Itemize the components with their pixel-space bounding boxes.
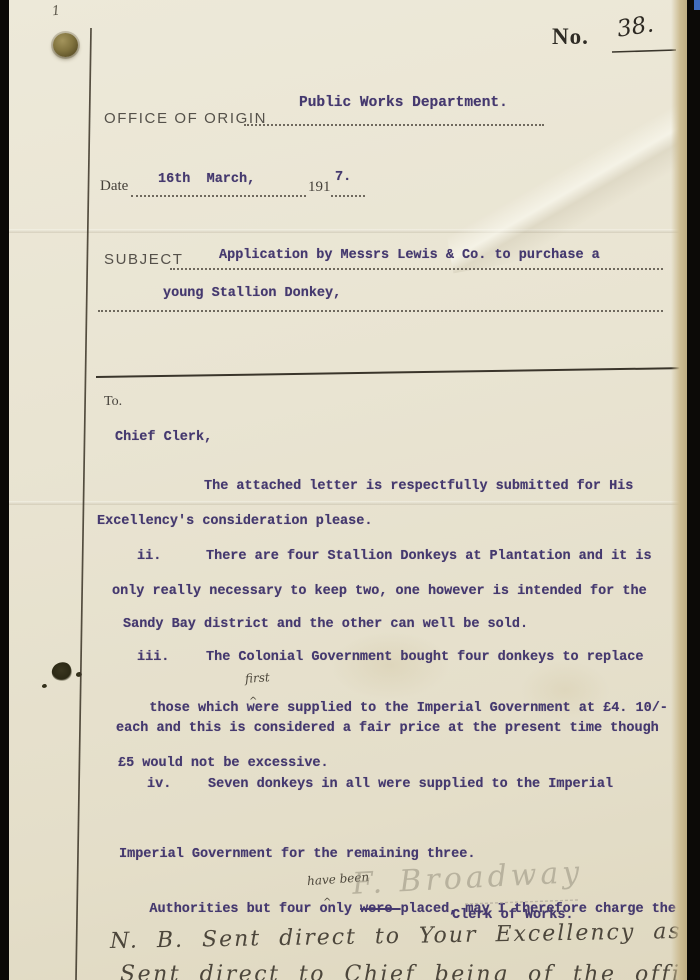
insertion-caret: ^ bbox=[249, 696, 257, 707]
form-no-label: No. bbox=[552, 24, 589, 50]
typed-segment: supplied to the Imperial Government at £… bbox=[287, 701, 668, 716]
to-label: To. bbox=[104, 394, 122, 410]
insertion-caret: ^ bbox=[323, 897, 331, 908]
typed-line: The Colonial Government bought four donk… bbox=[206, 650, 643, 665]
subject-line1: Application by Messrs Lewis & Co. to pur… bbox=[219, 248, 600, 263]
struck-word: were bbox=[360, 902, 401, 917]
typed-line: Seven donkeys in all were supplied to th… bbox=[208, 777, 613, 792]
paragraph-marker: iv. bbox=[147, 777, 171, 792]
date-rule bbox=[131, 195, 306, 197]
backdrop-corner-blue bbox=[694, 0, 700, 10]
handwritten-insertion: first bbox=[245, 670, 271, 686]
office-of-origin-label: OFFICE OF ORIGIN bbox=[104, 110, 267, 127]
handwritten-note-line2-clipped: Sent direct to Chief being of the offici… bbox=[120, 962, 700, 980]
paper-right-edge bbox=[671, 0, 687, 980]
backdrop-right bbox=[687, 0, 700, 980]
date-value: 16th March, bbox=[158, 172, 255, 187]
typed-segment: those which were bbox=[149, 701, 287, 716]
subject-rule-2 bbox=[98, 310, 663, 312]
typed-line: There are four Stallion Donkeys at Plant… bbox=[206, 549, 652, 564]
subject-rule-1 bbox=[170, 268, 663, 270]
date-year-typed: 7. bbox=[335, 170, 351, 185]
page-number-mark: 1 bbox=[51, 4, 61, 20]
date-year-rule bbox=[331, 195, 365, 197]
document-photo: 1 No. 38. OFFICE OF ORIGIN Public Works … bbox=[0, 0, 700, 980]
fold-crease-middle bbox=[9, 501, 687, 505]
typed-line: each and this is considered a fair price… bbox=[116, 721, 659, 736]
typed-line: Sandy Bay district and the other can wel… bbox=[123, 617, 528, 632]
addressee: Chief Clerk, bbox=[115, 430, 212, 445]
typed-line: £5 would not be excessive. bbox=[118, 756, 329, 771]
date-label: Date bbox=[100, 178, 128, 195]
form-no-value-handwritten: 38. bbox=[615, 11, 655, 42]
paragraph-marker: iii. bbox=[137, 650, 169, 665]
no-underline bbox=[612, 50, 676, 52]
header-rule bbox=[96, 368, 689, 377]
office-of-origin-value: Public Works Department. bbox=[299, 95, 508, 111]
paragraph-marker: ii. bbox=[137, 549, 161, 564]
ink-speck bbox=[42, 684, 47, 688]
typed-line: The attached letter is respectfully subm… bbox=[204, 479, 633, 494]
date-year-printed: 191 bbox=[308, 179, 331, 196]
typed-line: Excellency's consideration please. bbox=[97, 514, 372, 529]
office-of-origin-rule bbox=[244, 124, 544, 126]
typed-line: only really necessary to keep two, one h… bbox=[112, 584, 647, 599]
ink-speck bbox=[76, 672, 82, 677]
typed-line: Imperial Government for the remaining th… bbox=[119, 847, 475, 862]
ink-blot bbox=[50, 660, 74, 684]
brass-fastener bbox=[53, 33, 78, 57]
backdrop-left bbox=[0, 0, 9, 980]
subject-label: SUBJECT bbox=[104, 251, 184, 268]
subject-line2: young Stallion Donkey, bbox=[163, 286, 341, 301]
